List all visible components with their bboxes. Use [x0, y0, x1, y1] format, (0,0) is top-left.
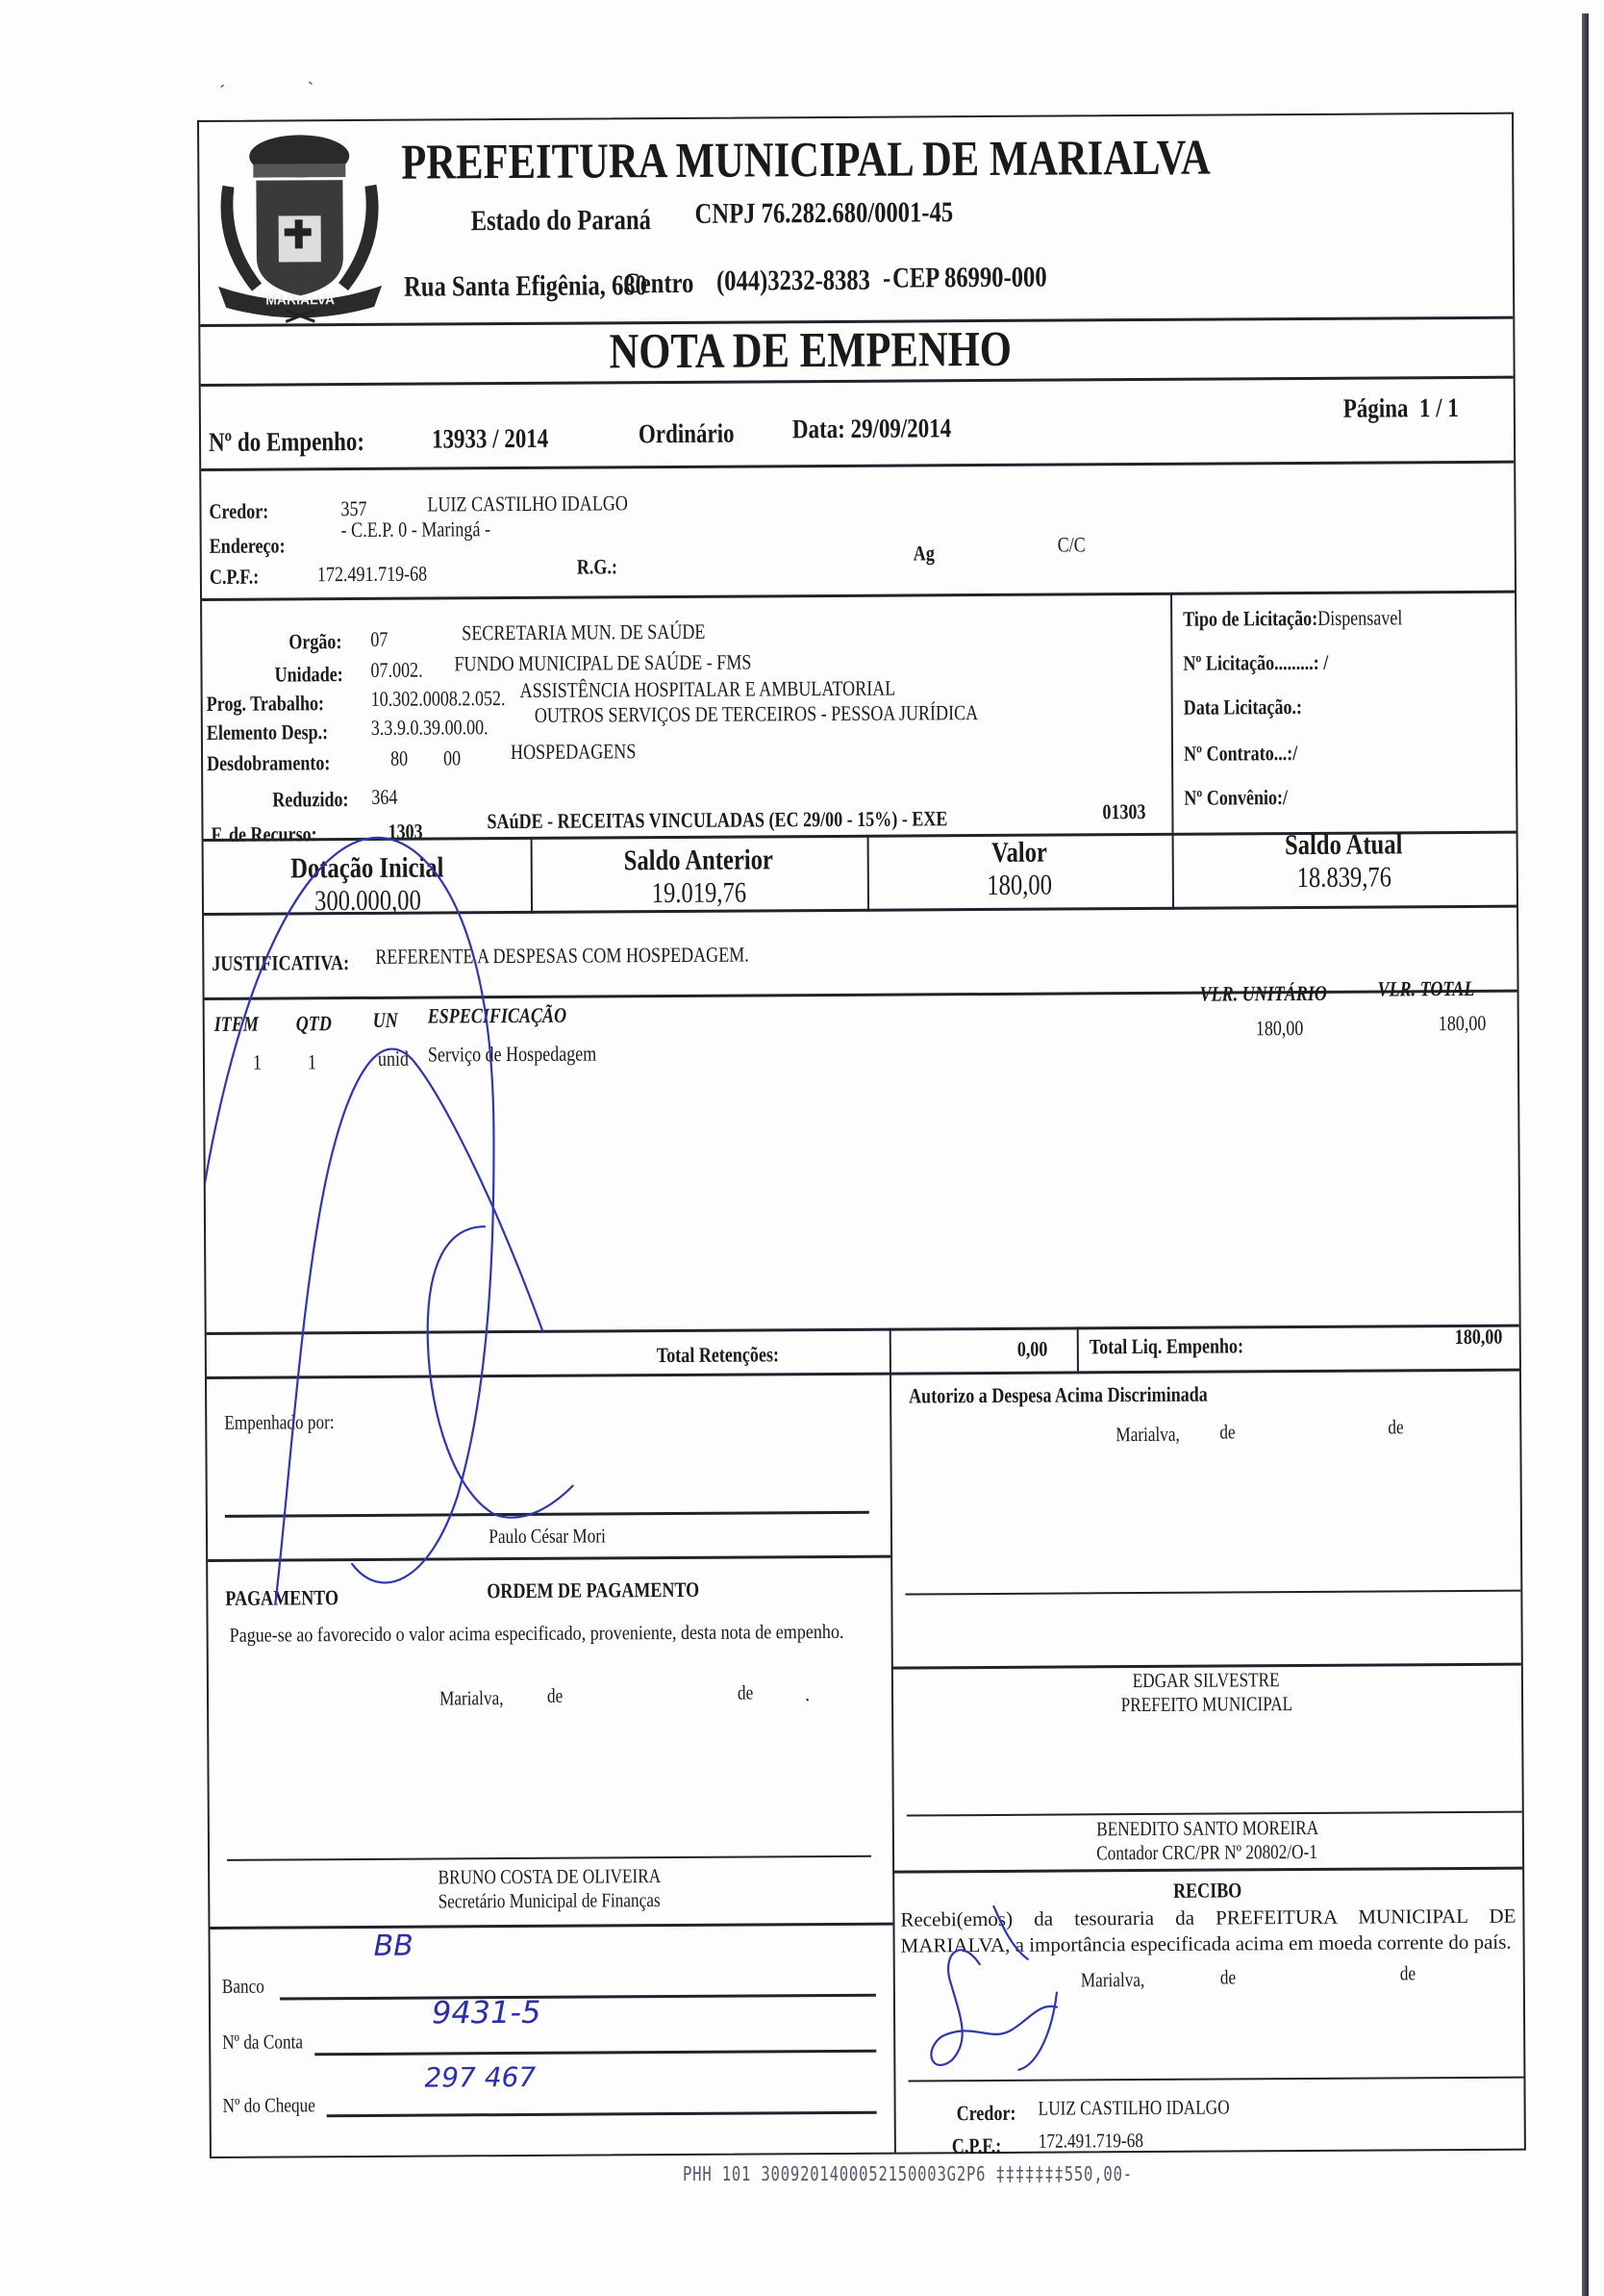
pagamento-text: Pague-se ao favorecido o valor acima esp…	[230, 1619, 865, 1648]
signature-line	[227, 1855, 871, 1861]
prefeito-signature-block: EDGAR SILVESTRE PREFEITO MUNICIPAL	[891, 1667, 1521, 1719]
unidade-name: FUNDO MUNICIPAL DE SAÚDE - FMS	[454, 649, 816, 676]
divider	[890, 1373, 896, 2153]
recibo-credor-label: Credor:	[957, 2101, 1030, 2126]
total-retencoes-value: 0,00	[1017, 1337, 1055, 1362]
autorizo-de2: de	[1388, 1415, 1407, 1439]
state-label: Estado do Paraná	[471, 204, 691, 238]
numero-contrato: Nº Contrato...:/	[1184, 741, 1322, 767]
reduzido-label: Reduzido:	[272, 787, 365, 813]
contador-signature-block: BENEDITO SANTO MOREIRA Contador CRC/PR N…	[892, 1815, 1522, 1867]
balance-saldo-atual: Saldo Atual 18.839,76	[1172, 828, 1516, 896]
pagamento-place: Marialva,	[439, 1686, 517, 1710]
bank-account-label: C/C	[1058, 532, 1092, 557]
divider	[890, 1328, 891, 1373]
col-header-item: ITEM	[214, 1012, 268, 1037]
balance-valor: Valor 180,00	[867, 836, 1172, 903]
elemento-desp-label: Elemento Desp.:	[207, 719, 355, 745]
prog-trabalho-label: Prog. Trabalho:	[207, 691, 350, 717]
signature-line	[905, 1590, 1520, 1596]
table-row: 1 1 unid Serviço de Hospedagem 180,00 18…	[199, 114, 1512, 122]
empenhado-por-label: Empenhado por:	[224, 1410, 359, 1435]
desdobramento-label: Desdobramento:	[207, 750, 358, 776]
phone-label: (044)3232-8383	[716, 265, 904, 298]
row-total-value: 180,00	[1439, 1011, 1497, 1036]
recurso-name: SAúDE - RECEITAS VINCULADAS (EC 29/00 - …	[487, 806, 1048, 835]
elemento-desp-name: OUTROS SERVIÇOS DE TERCEIROS - PESSOA JU…	[535, 699, 1076, 727]
scan-edge	[1582, 13, 1589, 2296]
recibo-cpf-value: 172.491.719-68	[1039, 2129, 1166, 2154]
recibo-place: Marialva,	[1081, 1968, 1159, 1992]
desdobramento-b: 00	[443, 745, 464, 770]
conta-label: Nº da Conta	[222, 2030, 320, 2055]
divider	[207, 1369, 1519, 1379]
unidade-label: Unidade:	[274, 662, 358, 688]
address-label: Endereço:	[210, 533, 302, 559]
pagamento-de2: de	[738, 1680, 757, 1704]
row-unit-value: 180,00	[1256, 1016, 1315, 1041]
tipo-licitacao: Tipo de Licitação:Dispensavel	[1183, 605, 1450, 632]
unidade-code: 07.002.	[370, 658, 434, 683]
ordem-pagamento-label: ORDEM DE PAGAMENTO	[487, 1577, 745, 1604]
pagamento-dot: .	[805, 1682, 810, 1706]
credor-label: Credor:	[209, 498, 282, 523]
empenho-number: 13933 / 2014	[432, 424, 574, 456]
col-header-spec: ESPECIFICAÇÃO	[428, 1002, 597, 1028]
scan-mark: ˋ	[308, 79, 313, 99]
divider	[1077, 1326, 1079, 1371]
autorizo-label: Autorizo a Despesa Acima Discriminada	[909, 1381, 1273, 1408]
conta-field-line	[314, 2050, 876, 2056]
recibo-text: Recebi(emos) da tesouraria da PREFEITURA…	[900, 1904, 1516, 1959]
divider	[210, 1923, 892, 1930]
divider	[1170, 593, 1174, 833]
prog-trabalho-name: ASSISTÊNCIA HOSPITALAR E AMBULATORIAL	[520, 675, 979, 703]
autorizo-place: Marialva,	[1115, 1423, 1193, 1447]
numero-licitacao: Nº Licitação.........: /	[1183, 650, 1360, 676]
justificativa-text: REFERENTE A DESPESAS COM HOSPEDAGEM.	[375, 942, 831, 970]
coat-of-arms-icon: MARIALVA	[203, 127, 396, 325]
municipality-title: PREFEITURA MUNICIPAL DE MARIALVA	[401, 128, 1389, 190]
autorizo-de1: de	[1219, 1420, 1239, 1444]
signature-line	[908, 2077, 1523, 2082]
total-liquido-value: 180,00	[1455, 1325, 1514, 1350]
total-liquido-label: Total Liq. Empenho:	[1090, 1333, 1278, 1359]
reduzido-value: 364	[371, 785, 403, 810]
data-licitacao: Data Licitação.:	[1184, 694, 1328, 720]
divider	[201, 461, 1514, 471]
elemento-desp-code: 3.3.9.0.39.00.00.	[371, 715, 514, 741]
cheque-field-line	[327, 2111, 877, 2117]
recibo-cpf-label: C.P.F.:	[952, 2133, 1013, 2158]
conta-value[interactable]: 9431-5	[432, 1994, 541, 2031]
col-header-qtd: QTD	[296, 1011, 339, 1036]
recibo-de1: de	[1220, 1965, 1240, 1989]
cheque-label: Nº do Cheque	[223, 2093, 336, 2118]
check-print-line: PHH 101 3009201400052150003G2P6 ‡‡‡‡‡‡‡5…	[683, 2162, 1133, 2185]
page-indicator: Página 1 / 1	[1343, 393, 1484, 425]
orgao-code: 07	[370, 627, 391, 652]
col-header-un: UN	[373, 1008, 404, 1033]
banco-label: Banco	[222, 1975, 274, 1999]
justificativa-label: JUSTIFICATIVA:	[212, 950, 379, 976]
pagamento-label: PAGAMENTO	[225, 1585, 363, 1611]
total-retencoes-label: Total Retenções:	[657, 1342, 806, 1368]
desdobramento-name: HOSPEDAGENS	[511, 739, 664, 765]
divider	[202, 591, 1515, 601]
row-spec: Serviço de Hospedagem	[428, 1041, 634, 1067]
row-qtd: 1	[308, 1049, 318, 1074]
cpf-label: C.P.F.:	[210, 565, 270, 590]
divider	[208, 1555, 890, 1562]
pagamento-de1: de	[547, 1684, 566, 1708]
document-title: NOTA DE EMPENHO	[609, 320, 1100, 380]
numero-convenio: Nº Convênio:/	[1184, 785, 1311, 811]
row-item: 1	[253, 1050, 263, 1075]
credor-name: LUIZ CASTILHO IDALGO	[427, 491, 671, 517]
credor-address: - C.E.P. 0 - Maringá -	[341, 517, 524, 542]
balance-dotacao-inicial: Dotação Inicial 300.000,00	[204, 851, 531, 919]
balance-saldo-anterior: Saldo Anterior 19.019,76	[531, 844, 867, 911]
bank-agency-label: Ag	[914, 541, 940, 566]
prog-trabalho-code: 10.302.0008.2.052.	[371, 686, 536, 712]
empenho-type: Ordinário	[639, 418, 756, 450]
empenhado-signer: Paulo César Mori	[225, 1523, 869, 1551]
cep-label: - CEP 86990-000	[883, 261, 1081, 294]
row-un: unid	[378, 1047, 415, 1072]
col-header-total-value: VLR. TOTAL	[1377, 976, 1495, 1002]
banco-field-line	[280, 1994, 876, 2001]
credor-cpf: 172.491.719-68	[317, 561, 451, 587]
district-label: Centro	[623, 267, 710, 301]
desdobramento-a: 80	[390, 746, 412, 771]
recurso-label: F. de Recurso:	[211, 821, 339, 847]
orgao-name: SECRETARIA MUN. DE SAÚDE	[462, 618, 759, 645]
cnpj-label: CNPJ 76.282.680/0001-45	[695, 196, 1011, 231]
svg-text:MARIALVA: MARIALVA	[265, 291, 335, 307]
recibo-title: RECIBO	[892, 1877, 1522, 1905]
recibo-credor-name: LUIZ CASTILHO IDALGO	[1039, 2095, 1272, 2120]
divider	[207, 1325, 1519, 1335]
scan-mark: ˊ	[219, 82, 225, 102]
divider	[892, 1867, 1522, 1874]
nota-de-empenho-form: MARIALVA PREFEITURA MUNICIPAL DE MARIALV…	[197, 113, 1526, 2158]
empenho-date: Data: 29/09/2014	[792, 414, 987, 445]
empenho-number-label: Nº do Empenho:	[209, 427, 399, 459]
recibo-de2: de	[1400, 1961, 1419, 1985]
cheque-value[interactable]: 297 467	[424, 2061, 536, 2094]
recurso-ref: 01303	[1102, 799, 1155, 824]
financas-signature-block: BRUNO COSTA DE OLIVEIRA Secretário Munic…	[227, 1863, 871, 1915]
banco-value[interactable]: BB	[373, 1930, 413, 1963]
col-header-unit-value: VLR. UNITÁRIO	[1199, 981, 1355, 1007]
orgao-label: Orgão:	[288, 629, 353, 654]
rg-label: R.G.:	[577, 554, 626, 579]
signature-line	[225, 1511, 869, 1518]
recurso-code: 1303	[388, 820, 430, 845]
